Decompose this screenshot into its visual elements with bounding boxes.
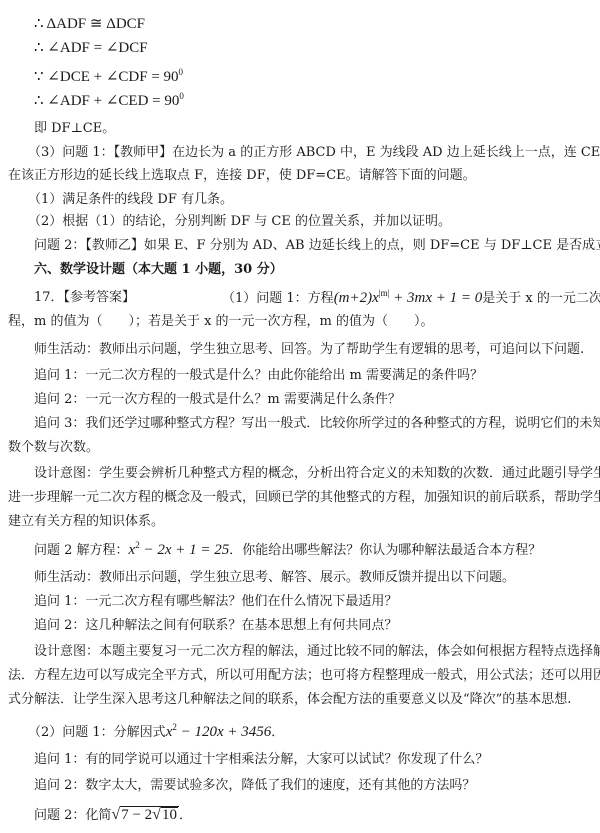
proof-conclusion: 即 DF⊥CE。: [34, 121, 115, 137]
part2-text: （2）问题 1：分解因式: [28, 725, 166, 740]
design-intent-1-line3: 建立有关方程的知识体系。: [8, 514, 164, 530]
design-intent-2-line1: 设计意图：本题主要复习一元二次方程的解法，通过比较不同的解法，体会如何根据方程特…: [34, 644, 600, 660]
follow-up-3-line1: 追问 3：我们还学过哪种整式方程？写出一般式．比较你所学过的各种整式的方程，说明…: [34, 416, 600, 432]
design-intent-1-line1: 设计意图：学生要会辨析几种整式方程的概念，分析出符合定义的未知数的次数．通过此题…: [34, 466, 600, 482]
question-2-solve: 问题 2 解方程：x2 − 2x + 1 = 25．你能给出哪些解法？你认为哪种…: [34, 542, 541, 559]
eq-exponent: |m|: [379, 288, 390, 298]
q2b-text: ．: [179, 808, 192, 823]
q2b-text: 问题 2：化简: [34, 808, 111, 823]
degree-sup: 0: [179, 67, 184, 77]
q17-label: 17．【参考答案】: [34, 290, 135, 306]
follow-up-3-line2: 数个数与次数。: [8, 440, 99, 456]
design-intent-2-line3: 式分解法．让学生深入思考这几种解法之间的联系，体会配方法的重要意义以及“降次”的…: [8, 692, 571, 708]
follow-up-2-1: 追问 1：一元二次方程有哪些解法？他们在什么情况下最适用？: [34, 594, 397, 610]
q17-line2: 程，m 的值为（ ）；若是关于 x 的一元一次方程，m 的值为（ ）。: [8, 314, 434, 330]
proof-text: ∵ ∠DCE + ∠CDF = 90: [34, 69, 179, 85]
part3-question1-line1: （3）问题 1：【教师甲】在边长为 a 的正方形 ABCD 中，E 为线段 AD…: [28, 145, 600, 161]
follow-up-2-2: 追问 2：这几种解法之间有何联系？在基本思想上有何共同点？: [34, 618, 397, 634]
q2-text: 问题 2 解方程：: [34, 543, 129, 558]
q17-equation: (m+2)x|m| + 3mx + 1 = 0: [334, 290, 483, 306]
eq-rest: − 120x + 3456: [177, 724, 271, 740]
q2-equation: x2 − 2x + 1 = 25: [129, 542, 230, 558]
proof-line-angle-sum-2: ∴ ∠ADF + ∠CED = 900: [34, 93, 184, 109]
degree-sup: 0: [179, 91, 184, 101]
part3-sub2: （2）根据（1）的结论，分别判断 DF 与 CE 的位置关系，并加以证明。: [28, 214, 451, 230]
follow-up-3-2: 追问 2：数字太大，需要试验多次，降低了我们的速度，还有其他的方法吗？: [34, 778, 475, 794]
part2-question1: （2）问题 1：分解因式x2 − 120x + 3456．: [28, 724, 284, 741]
follow-up-2: 追问 2：一元一次方程的一般式是什么？m 需要满足什么条件？: [34, 392, 401, 408]
question-2-simplify: 问题 2：化简√7 − 2√10．: [34, 806, 192, 824]
sqrt-radicand: 7 − 2√10: [120, 806, 179, 823]
proof-line-congruent: ∴ ΔADF ≅ ΔDCF: [34, 16, 145, 32]
eq-base: (m+2)x: [334, 290, 379, 306]
eq-rest: − 2x + 1 = 25: [140, 542, 230, 558]
sqrt-expression: √7 − 2√10: [111, 807, 179, 823]
radicand-outer: 7 − 2: [121, 807, 152, 823]
proof-line-angle-sum-1: ∵ ∠DCE + ∠CDF = 900: [34, 69, 183, 85]
part3-sub1: （1）满足条件的线段 DF 有几条。: [28, 192, 233, 208]
part3-question2: 问题 2：【教师乙】如果 E、F 分别为 AD、AB 边延长线上的点，则 DF=…: [34, 238, 600, 254]
design-intent-1-line2: 进一步理解一元二次方程的概念及一般式，回顾已学的其他整式的方程，加强知识的前后联…: [8, 490, 600, 506]
q17-part1: （1）问题 1：方程(m+2)x|m| + 3mx + 1 = 0是关于 x 的…: [222, 290, 600, 307]
q17-text: 是关于 x 的一元二次方: [482, 291, 600, 306]
proof-line-angle-equal: ∴ ∠ADF = ∠DCF: [34, 40, 148, 56]
sqrt-symbol-inner: √: [152, 806, 161, 823]
radicand-inner: 10: [161, 807, 178, 823]
proof-text: ∴ ∠ADF + ∠CED = 90: [34, 93, 179, 109]
q2-text: ．你能给出哪些解法？你认为哪种解法最适合本方程？: [229, 543, 541, 558]
section6-heading: 六、数学设计题（本大题 1 小题，30 分）: [34, 262, 283, 278]
part2-text: ．: [271, 725, 284, 740]
sqrt-symbol: √: [111, 806, 120, 823]
part2-equation: x2 − 120x + 3456: [166, 724, 272, 740]
part3-question1-line2: 在该正方形边的延长线上选取点 F，连接 DF，使 DF=CE。请解答下面的问题。: [8, 168, 476, 184]
design-intent-2-line2: 法．方程左边可以写成完全平方式，所以可用配方法；也可将方程整理成一般式，用公式法…: [8, 668, 600, 684]
follow-up-3-1: 追问 1：有的同学说可以通过十字相乘法分解，大家可以试试？你发现了什么？: [34, 752, 488, 768]
eq-rest: + 3mx + 1 = 0: [389, 290, 482, 306]
q17-text: （1）问题 1：方程: [222, 291, 334, 306]
follow-up-1: 追问 1：一元二次方程的一般式是什么？由此你能给出 m 需要满足的条件吗？: [34, 368, 483, 384]
activity-1: 师生活动：教师出示问题，学生独立思考、回答。为了帮助学生有逻辑的思考，可追问以下…: [34, 342, 584, 358]
activity-2: 师生活动：教师出示问题，学生独立思考、解答、展示。教师反馈并提出以下问题。: [34, 570, 515, 586]
